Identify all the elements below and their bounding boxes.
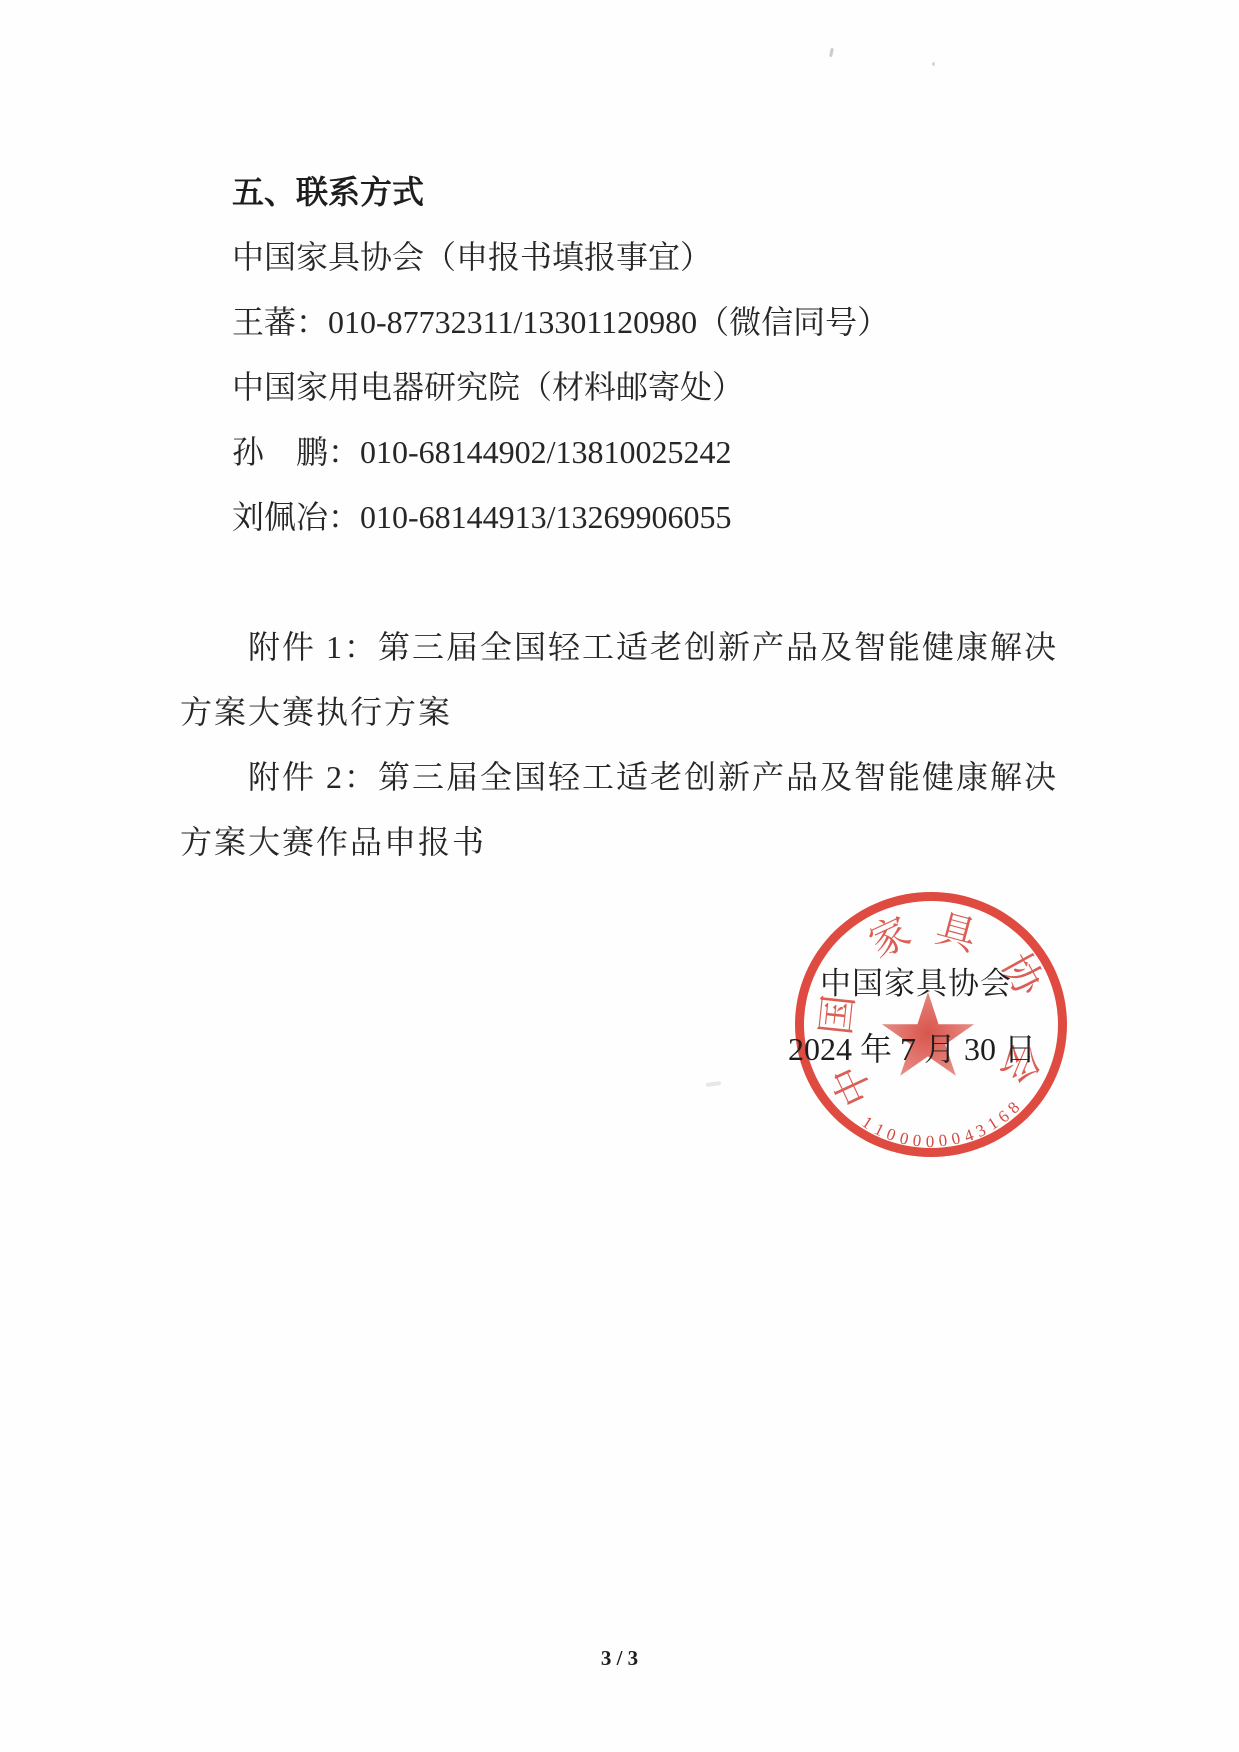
page-number: 3 / 3 <box>0 1646 1239 1671</box>
attachment-2-line-2: 方案大赛作品申报书 <box>180 810 1070 875</box>
contact-line: 中国家用电器研究院（材料邮寄处） <box>180 355 1070 420</box>
document-body: 五、联系方式 中国家具协会（申报书填报事宜） 王蕃：010-87732311/1… <box>180 160 1070 875</box>
contact-line: 中国家具协会（申报书填报事宜） <box>180 225 1070 290</box>
document-page: 五、联系方式 中国家具协会（申报书填报事宜） 王蕃：010-87732311/1… <box>0 0 1239 1752</box>
contact-line: 孙 鹏：010-68144902/13810025242 <box>180 420 1070 485</box>
section-heading: 五、联系方式 <box>180 160 1070 225</box>
contact-line: 刘佩冶：010-68144913/13269906055 <box>180 485 1070 550</box>
attachment-1-line-2: 方案大赛执行方案 <box>180 680 1070 745</box>
signature-org: 中国家具协会 <box>820 958 1012 1003</box>
attachment-2-line-1: 附件 2：第三届全国轻工适老创新产品及智能健康解决 <box>180 745 1070 810</box>
blank-line <box>180 550 1070 615</box>
contact-line: 王蕃：010-87732311/13301120980（微信同号） <box>180 290 1070 355</box>
attachment-1-line-1: 附件 1：第三届全国轻工适老创新产品及智能健康解决 <box>180 615 1070 680</box>
scan-speck <box>829 48 834 57</box>
signature-date: 2024 年 7 月 30 日 <box>788 1024 1036 1070</box>
scan-speck <box>932 62 935 66</box>
scan-speck <box>706 1081 721 1087</box>
